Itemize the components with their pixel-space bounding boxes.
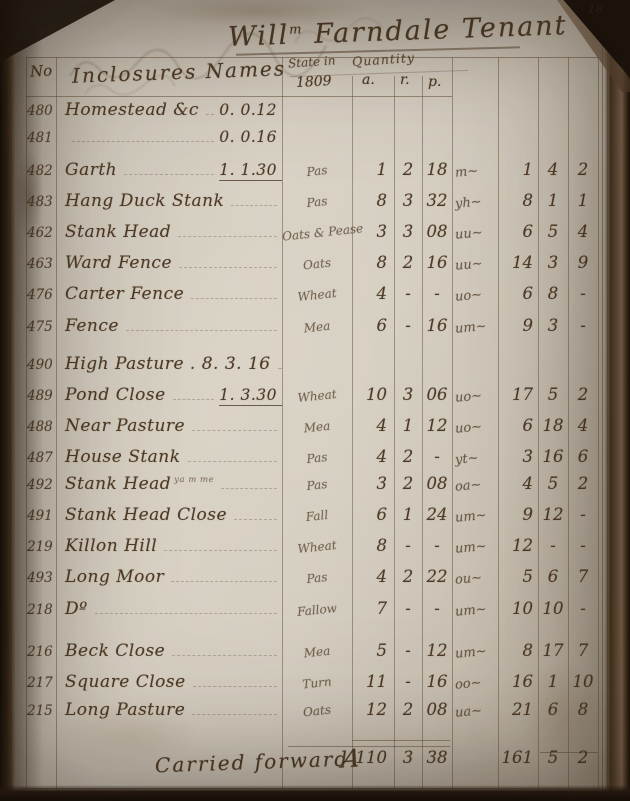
roods: - — [394, 641, 422, 660]
perches: 16 — [422, 316, 452, 335]
pence: 4 — [568, 416, 598, 435]
total-roods: 3 — [394, 748, 422, 767]
dash-filler — [124, 174, 214, 175]
pence: 1 — [568, 191, 598, 210]
dash-filler — [231, 205, 277, 206]
acres: 7 — [352, 599, 394, 618]
inclosure-name: Killon Hill — [65, 536, 157, 556]
row-number: 491 — [26, 508, 56, 524]
inclosure-name-cell: Homestead &c0. 0.12 — [56, 100, 282, 120]
acres: 6 — [352, 316, 394, 335]
roods: 2 — [394, 447, 422, 466]
row-number: 487 — [26, 450, 56, 466]
total-pounds: 161 — [498, 748, 538, 767]
acres: 4 — [352, 284, 394, 303]
perches: 16 — [422, 253, 452, 272]
acres: 8 — [352, 191, 394, 210]
roods: 2 — [394, 253, 422, 272]
value-note: um~ — [451, 318, 498, 337]
perches: 08 — [422, 474, 452, 493]
perches: 22 — [422, 567, 452, 586]
roods: 3 — [394, 191, 422, 210]
table-row: 480Homestead &c0. 0.12 — [26, 100, 598, 126]
page-fold-line — [602, 0, 603, 801]
roods: - — [394, 672, 422, 691]
roods: 2 — [394, 700, 422, 719]
pence: 7 — [568, 567, 598, 586]
roods: - — [394, 284, 422, 303]
perches: - — [422, 536, 452, 555]
title-superscript: m — [289, 22, 304, 37]
pounds: 16 — [498, 672, 538, 691]
pounds: 6 — [498, 284, 538, 303]
row-number: 489 — [26, 388, 56, 404]
acres: 6 — [352, 505, 394, 524]
inclosure-name-cell: Hang Duck Stank — [56, 191, 282, 211]
roods: 1 — [394, 505, 422, 524]
value-note: uu~ — [451, 255, 498, 274]
inclosure-name-cell: Pond Close1. 3.30 — [56, 385, 282, 406]
pounds: 1 — [498, 160, 538, 179]
dash-filler — [206, 114, 214, 115]
inclosure-name: Square Close — [65, 672, 186, 692]
crop-state: Pas — [281, 160, 352, 181]
perches: 18 — [422, 160, 452, 179]
inclosure-name: Beck Close — [65, 641, 165, 661]
perches: 16 — [422, 672, 452, 691]
table-row: 218DºFallow7--um~1010- — [26, 599, 598, 625]
dash-filler — [191, 298, 277, 299]
perches: 24 — [422, 505, 452, 524]
inclosure-name: High Pasture . 8. 3. 16 — [65, 354, 271, 374]
perches: 12 — [422, 416, 452, 435]
inline-quantity: 1. 1.30 — [219, 161, 282, 181]
inclosure-name-cell: Killon Hill — [56, 536, 282, 556]
table-row: 476Carter FenceWheat4--uo~68- — [26, 284, 598, 310]
acres: 5 — [352, 641, 394, 660]
crop-state: Pas — [281, 567, 352, 588]
footer-spacer — [282, 759, 352, 766]
crop-state: Wheat — [281, 284, 352, 305]
table-row: 215Long PastureOats12208ua~2168 — [26, 700, 598, 726]
roods: 3 — [394, 385, 422, 404]
pence: 9 — [568, 253, 598, 272]
crop-state — [282, 111, 352, 118]
shillings: - — [538, 536, 568, 555]
acres: 4 — [352, 416, 394, 435]
page-stack-edge — [604, 0, 630, 801]
dash-filler — [192, 430, 277, 431]
dash-filler — [173, 399, 215, 400]
total-rule — [288, 746, 450, 747]
roods: - — [394, 599, 422, 618]
pence: 2 — [568, 474, 598, 493]
row-number: 482 — [26, 163, 56, 179]
pounds: 3 — [498, 447, 538, 466]
crop-state — [282, 138, 352, 145]
ledger-page-photo: Willm Farndale Tenant 18 No Inclosures N… — [0, 0, 630, 801]
pounds: 9 — [498, 316, 538, 335]
pence: 2 — [568, 385, 598, 404]
crop-state: Mea — [281, 316, 352, 337]
crop-state: Mea — [281, 641, 352, 662]
pounds: 8 — [498, 191, 538, 210]
perches: - — [422, 447, 452, 466]
pounds: 8 — [498, 641, 538, 660]
inline-quantity: 1. 3.30 — [219, 386, 282, 406]
grid-line-vertical — [598, 57, 599, 788]
crop-state: Fall — [281, 505, 352, 526]
page-number: 18 — [588, 2, 603, 16]
perches: - — [422, 599, 452, 618]
dash-filler — [192, 714, 277, 715]
shillings: 4 — [538, 160, 568, 179]
row-number: 483 — [26, 194, 56, 210]
value-note — [452, 140, 498, 144]
value-note: oo~ — [451, 674, 498, 693]
grid-line-horizontal — [26, 96, 452, 97]
table-row: 492Stank Headya m mePas3208oa~452 — [26, 474, 598, 500]
dash-filler — [221, 488, 277, 489]
pence: - — [568, 599, 598, 618]
roods: - — [394, 536, 422, 555]
acres: 11 — [352, 672, 394, 691]
table-row: 463Ward FenceOats8216uu~1439 — [26, 253, 598, 279]
pounds: 21 — [498, 700, 538, 719]
table-row: 491Stank Head CloseFall6124um~912- — [26, 505, 598, 531]
inclosure-name-cell: High Pasture . 8. 3. 16 — [56, 354, 282, 374]
column-header-year: 1809 — [296, 73, 332, 91]
value-note: uo~ — [451, 387, 498, 406]
shillings: 6 — [538, 700, 568, 719]
inclosure-name-cell: Stank Head — [56, 222, 282, 242]
roods: 3 — [394, 222, 422, 241]
inclosure-name-cell: Dº — [56, 599, 282, 619]
total-rule — [352, 740, 450, 741]
pounds: 5 — [498, 567, 538, 586]
shillings: 17 — [538, 641, 568, 660]
dash-filler — [164, 550, 277, 551]
crop-state: Pas — [281, 474, 352, 495]
inclosure-name: Long Pasture — [65, 700, 185, 720]
value-note: uu~ — [451, 224, 498, 243]
dash-filler — [72, 141, 214, 142]
acres: 4 — [352, 447, 394, 466]
inclosure-name-cell: Stank Head Close — [56, 505, 282, 525]
row-number: 475 — [26, 319, 56, 335]
table-row: 475FenceMea6-16um~93- — [26, 316, 598, 342]
crop-state: Pas — [281, 191, 352, 212]
total-acres: 110 — [352, 748, 394, 767]
acres: 1 — [352, 160, 394, 179]
inclosure-name-cell: Long Pasture — [56, 700, 282, 720]
value-note: yh~ — [451, 193, 498, 212]
inclosure-name: Stank Head Close — [65, 505, 227, 525]
acres: 12 — [352, 700, 394, 719]
crop-state: Fallow — [281, 599, 352, 620]
inclosure-name-cell: Stank Headya m me — [56, 474, 282, 494]
pounds: 4 — [498, 474, 538, 493]
dash-filler — [193, 686, 277, 687]
acres: 3 — [352, 474, 394, 493]
row-number: 217 — [26, 675, 56, 691]
roods: - — [394, 316, 422, 335]
inclosure-name: Long Moor — [65, 567, 164, 587]
inclosure-name: Stank Head — [65, 222, 171, 242]
crop-state: Oats — [281, 700, 352, 721]
pounds: 14 — [498, 253, 538, 272]
dash-filler — [171, 581, 277, 582]
shillings: 10 — [538, 599, 568, 618]
crop-state: Wheat — [281, 385, 352, 406]
value-note: ua~ — [451, 702, 498, 721]
table-row: 217Square CloseTurn11-16oo~16110 — [26, 672, 598, 698]
dash-filler — [95, 613, 277, 614]
dash-filler — [234, 519, 277, 520]
crop-state: Oats — [281, 253, 352, 274]
shillings: 1 — [538, 191, 568, 210]
perches: 08 — [422, 700, 452, 719]
value-note: um~ — [451, 507, 498, 526]
inclosure-name: Stank Head — [65, 474, 171, 494]
inclosure-name-cell: Long Moor — [56, 567, 282, 587]
carried-forward-row: 110 3 38 161 5 2 — [26, 748, 598, 774]
table-row: 487House StankPas42-yt~3166 — [26, 447, 598, 473]
perches: - — [422, 284, 452, 303]
table-row: 488Near PastureMea4112uo~6184 — [26, 416, 598, 442]
shillings: 8 — [538, 284, 568, 303]
shillings: 18 — [538, 416, 568, 435]
column-header-no: No — [30, 61, 53, 80]
row-number: 492 — [26, 477, 56, 493]
row-number: 463 — [26, 256, 56, 272]
roods: 2 — [394, 567, 422, 586]
inclosure-name: Carter Fence — [65, 284, 184, 304]
table-row: 490High Pasture . 8. 3. 16 — [26, 354, 598, 380]
dash-filler — [278, 368, 282, 369]
value-note — [452, 113, 498, 117]
value-note: uo~ — [451, 286, 498, 305]
column-header-roods: r. — [400, 72, 410, 88]
pounds: 12 — [498, 536, 538, 555]
inclosure-name: Dº — [65, 599, 88, 619]
pence: - — [568, 505, 598, 524]
inclosure-name-cell: Garth1. 1.30 — [56, 160, 282, 181]
row-number: 481 — [26, 130, 56, 146]
row-number: 488 — [26, 419, 56, 435]
value-note: um~ — [451, 538, 498, 557]
inclosure-name: Near Pasture — [65, 416, 185, 436]
pounds: 17 — [498, 385, 538, 404]
inclosure-name: Ward Fence — [65, 253, 172, 273]
value-note: m~ — [451, 162, 498, 181]
inclosure-name-cell: 0. 0.16 — [56, 128, 282, 146]
row-number: 493 — [26, 570, 56, 586]
inclosure-name: Homestead &c — [65, 100, 199, 120]
row-number: 219 — [26, 539, 56, 555]
table-row: 4810. 0.16 — [26, 128, 598, 154]
value-note: um~ — [451, 601, 498, 620]
acres: 8 — [352, 536, 394, 555]
pounds: 10 — [498, 599, 538, 618]
total-shillings: 5 — [538, 748, 568, 767]
inclosure-name: Pond Close — [65, 385, 166, 405]
table-row: 493Long MoorPas4222ou~567 — [26, 567, 598, 593]
inclosure-name-cell: Near Pasture — [56, 416, 282, 436]
table-row: 489Pond Close1. 3.30Wheat10306uo~1752 — [26, 385, 598, 411]
inclosure-name-cell: House Stank — [56, 447, 282, 467]
perches: 08 — [422, 222, 452, 241]
roods: 1 — [394, 416, 422, 435]
column-header-perches: p. — [428, 74, 441, 90]
acres: 8 — [352, 253, 394, 272]
crop-state: Pas — [281, 447, 352, 468]
pounds: 6 — [498, 416, 538, 435]
book-binding-edge — [0, 0, 15, 801]
dash-filler — [179, 267, 277, 268]
crop-state: Turn — [281, 672, 352, 693]
perches: 12 — [422, 641, 452, 660]
photo-bottom-edge — [0, 785, 630, 801]
total-perches: 38 — [422, 748, 452, 767]
shillings: 3 — [538, 316, 568, 335]
value-note: yt~ — [451, 449, 498, 468]
crop-state: Wheat — [281, 536, 352, 557]
row-number: 490 — [26, 357, 56, 373]
pounds: 9 — [498, 505, 538, 524]
inclosure-name: Garth — [65, 160, 117, 180]
table-row: 216Beck CloseMea5-12um~8177 — [26, 641, 598, 667]
pence: 4 — [568, 222, 598, 241]
footer-spacer — [452, 761, 498, 765]
perches: 32 — [422, 191, 452, 210]
inclosure-name: Fence — [65, 316, 119, 336]
pence: - — [568, 316, 598, 335]
inline-quantity: 0. 0.12 — [219, 101, 282, 119]
value-note: oa~ — [451, 476, 498, 495]
title-prefix: Will — [228, 20, 290, 53]
inclosure-name-cell: Fence — [56, 316, 282, 336]
crop-state — [282, 365, 352, 372]
value-note: uo~ — [451, 418, 498, 437]
shillings: 6 — [538, 567, 568, 586]
table-row: 482Garth1. 1.30Pas1218m~142 — [26, 160, 598, 186]
shillings: 5 — [538, 222, 568, 241]
column-header-acres: a. — [362, 72, 375, 88]
inclosure-name-cell: Ward Fence — [56, 253, 282, 273]
crop-state: Oats & Pease — [281, 222, 352, 243]
acres: 4 — [352, 567, 394, 586]
inclosure-name-cell: Beck Close — [56, 641, 282, 661]
pence: 6 — [568, 447, 598, 466]
crop-state: Mea — [281, 416, 352, 437]
shillings: 16 — [538, 447, 568, 466]
roods: 2 — [394, 474, 422, 493]
row-number: 480 — [26, 103, 56, 119]
table-row: 219Killon HillWheat8--um~12-- — [26, 536, 598, 562]
shillings: 1 — [538, 672, 568, 691]
total-pence: 2 — [568, 748, 598, 767]
pence: 8 — [568, 700, 598, 719]
row-number: 215 — [26, 703, 56, 719]
row-number: 218 — [26, 602, 56, 618]
acres: 10 — [352, 385, 394, 404]
table-row: 462Stank HeadOats & Pease3308uu~654 — [26, 222, 598, 248]
shillings: 5 — [538, 385, 568, 404]
name-annotation: ya m me — [174, 475, 214, 485]
dash-filler — [172, 655, 277, 656]
pence: 7 — [568, 641, 598, 660]
inline-quantity: 0. 0.16 — [219, 128, 282, 146]
inclosure-name: Hang Duck Stank — [65, 191, 224, 211]
roods: 2 — [394, 160, 422, 179]
dash-filler — [126, 330, 277, 331]
row-number: 216 — [26, 644, 56, 660]
perches: 06 — [422, 385, 452, 404]
pence: - — [568, 536, 598, 555]
shillings: 5 — [538, 474, 568, 493]
pence: - — [568, 284, 598, 303]
value-note: um~ — [451, 643, 498, 662]
dash-filler — [178, 236, 277, 237]
row-number: 476 — [26, 287, 56, 303]
value-note: ou~ — [451, 569, 498, 588]
table-row: 483Hang Duck StankPas8332yh~811 — [26, 191, 598, 217]
shillings: 3 — [538, 253, 568, 272]
pence: 2 — [568, 160, 598, 179]
inclosure-name-cell: Carter Fence — [56, 284, 282, 304]
inclosure-name-cell: Square Close — [56, 672, 282, 692]
pounds: 6 — [498, 222, 538, 241]
shillings: 12 — [538, 505, 568, 524]
dash-filler — [188, 461, 277, 462]
value-note — [452, 367, 498, 371]
inclosure-name: House Stank — [65, 447, 181, 467]
row-number: 462 — [26, 225, 56, 241]
pence: 10 — [568, 672, 598, 691]
